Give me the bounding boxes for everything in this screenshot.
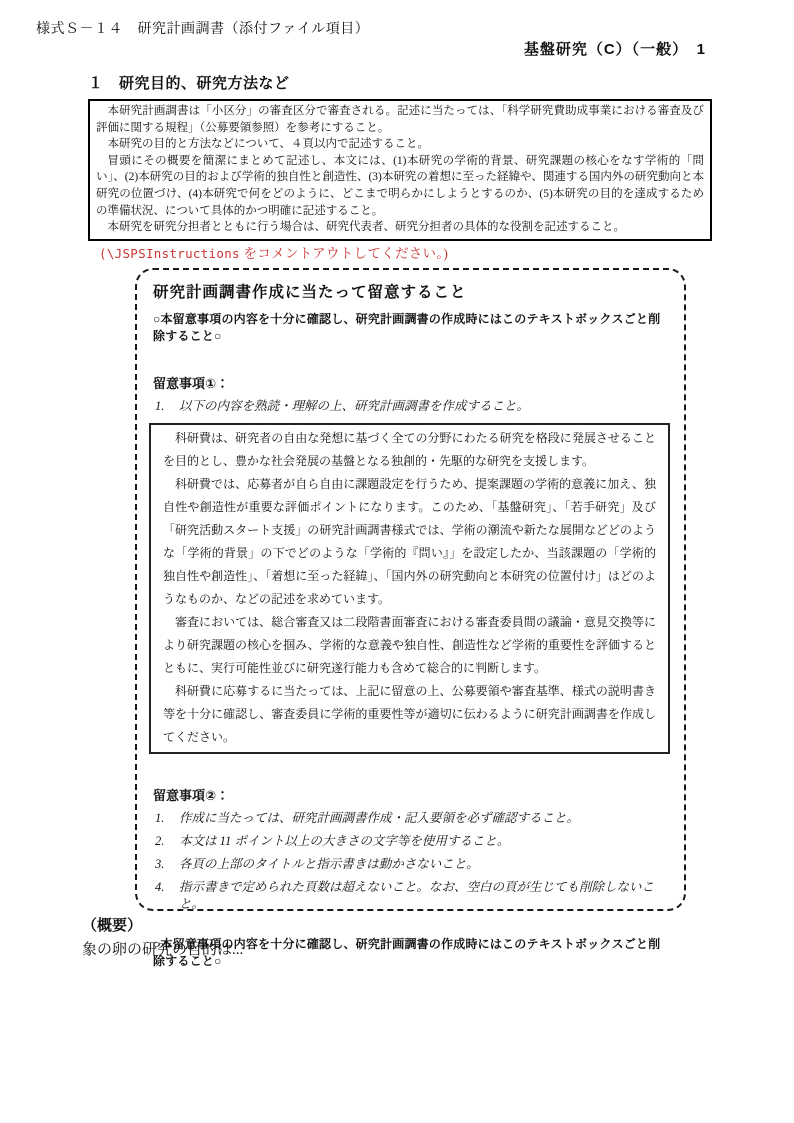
form-label: 様式Ｓ－１４ 研究計画調書（添付ファイル項目） bbox=[36, 18, 369, 38]
notice-box: 研究計画調書作成に当たって留意すること ○本留意事項の内容を十分に確認し、研究計… bbox=[135, 268, 686, 911]
notice-box-title: 研究計画調書作成に当たって留意すること bbox=[153, 280, 669, 302]
notice-section2-list: 作成に当たっては、研究計画調書作成・記入要領を必ず確認すること。 本文は 11 … bbox=[153, 810, 669, 913]
instruction-paragraph: 冒頭にその概要を簡潔にまとめて記述し、本文には、(1)本研究の学術的背景、研究課… bbox=[96, 153, 704, 219]
section-title: １ 研究目的、研究方法など bbox=[88, 72, 290, 93]
description-paragraph: 審査においては、総合審査又は二段階書面審査における審査委員間の議論・意見交換等に… bbox=[163, 611, 656, 680]
latex-command-text: (\JSPSInstructions bbox=[99, 246, 240, 261]
latex-comment-note: (\JSPSInstructions をコメントアウトしてください。) bbox=[99, 242, 448, 262]
notice-item: 作成に当たっては、研究計画調書作成・記入要領を必ず確認すること。 bbox=[153, 810, 669, 827]
notice-section2-label: 留意事項②： bbox=[153, 785, 669, 804]
summary-text: 象の卵の研究の目的は... bbox=[82, 938, 243, 959]
instruction-paragraph: 本研究を研究分担者とともに行う場合は、研究代表者、研究分担者の具体的な役割を記述… bbox=[96, 219, 704, 236]
description-paragraph: 科研費は、研究者の自由な発想に基づく全ての分野にわたる研究を格段に発展させること… bbox=[163, 427, 656, 473]
kakenhi-description-box: 科研費は、研究者の自由な発想に基づく全ての分野にわたる研究を格段に発展させること… bbox=[149, 423, 670, 754]
notice-item: 以下の内容を熟読・理解の上、研究計画調書を作成すること。 bbox=[153, 398, 669, 415]
notice-banner-top: ○本留意事項の内容を十分に確認し、研究計画調書の作成時にはこのテキストボックスご… bbox=[153, 310, 669, 344]
notice-item: 各頁の上部のタイトルと指示書きは動かさないこと。 bbox=[153, 856, 669, 873]
document-page: 様式Ｓ－１４ 研究計画調書（添付ファイル項目） 基盤研究（C）（一般） 1 １ … bbox=[0, 0, 794, 1123]
notice-item: 本文は 11 ポイント以上の大きさの文字等を使用すること。 bbox=[153, 833, 669, 850]
description-paragraph: 科研費に応募するに当たっては、上記に留意の上、公募要領や審査基準、様式の説明書き… bbox=[163, 680, 656, 749]
latex-note-text: をコメントアウトしてください。) bbox=[240, 246, 448, 261]
notice-section1-label: 留意事項①： bbox=[153, 373, 669, 392]
description-paragraph: 科研費では、応募者が自ら自由に課題設定を行うため、提案課題の学術的意義に加え、独… bbox=[163, 473, 656, 611]
category-label: 基盤研究（C）（一般） 1 bbox=[524, 38, 706, 59]
notice-item: 指示書きで定められた頁数は超えないこと。なお、空白の頁が生じても削除しないこと。 bbox=[153, 879, 669, 913]
notice-section1-list: 以下の内容を熟読・理解の上、研究計画調書を作成すること。 bbox=[153, 398, 669, 415]
instruction-paragraph: 本研究計画調書は「小区分」の審査区分で審査される。記述に当たっては、「科学研究費… bbox=[96, 103, 704, 136]
instruction-paragraph: 本研究の目的と方法などについて、４頁以内で記述すること。 bbox=[96, 136, 704, 153]
instruction-box: 本研究計画調書は「小区分」の審査区分で審査される。記述に当たっては、「科学研究費… bbox=[88, 99, 712, 241]
summary-heading: （概要） bbox=[82, 914, 142, 935]
